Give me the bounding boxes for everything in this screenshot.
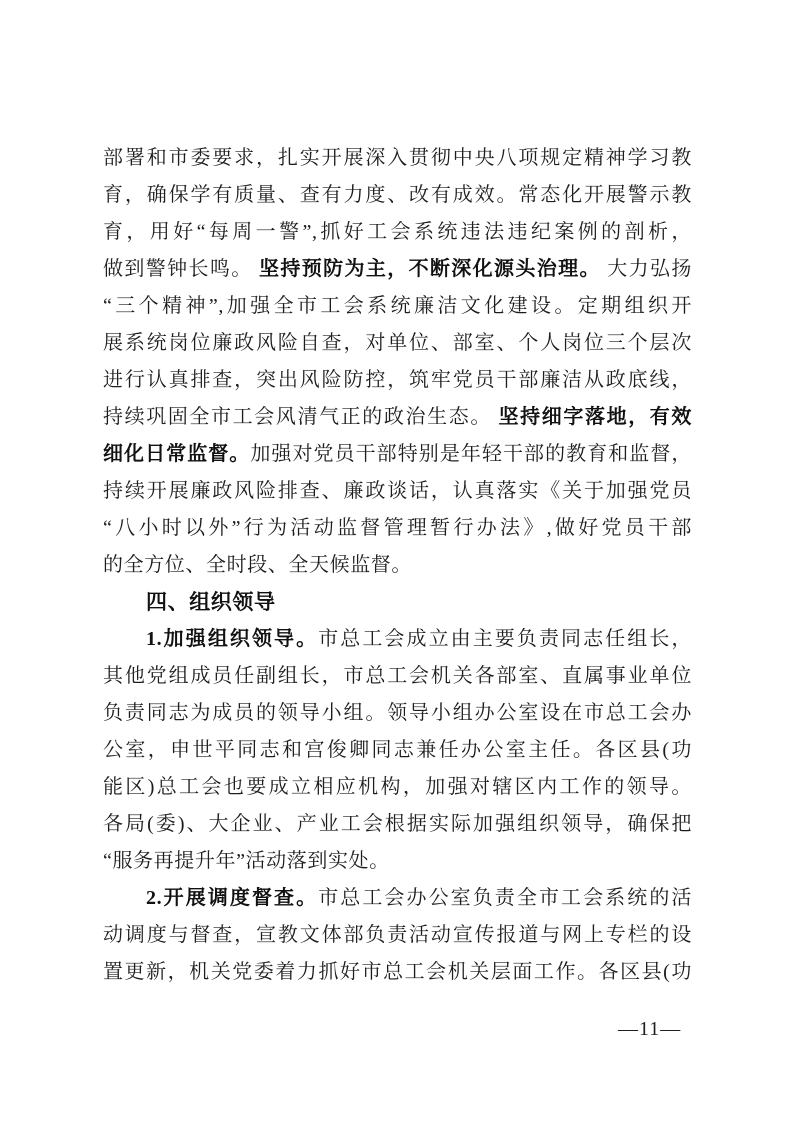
emphasis-text: 坚持细字落地，有效 <box>499 406 692 428</box>
section-heading: 四、组织领导 <box>103 584 692 621</box>
emphasis-text: 2.开展调度督查。 <box>146 887 318 909</box>
document-page: 部署和市委要求，扎实开展深入贯彻中央八项规定精神学习教育，确保学有质量、查有力度… <box>0 0 794 1123</box>
body-text: “三个精神”,加强全市工会系统廉洁文化建设。定期组织开 <box>103 295 692 317</box>
text-line: 的全方位、全时段、全天候监督。 <box>103 547 692 584</box>
emphasis-text: 细化日常监督。 <box>103 443 250 465</box>
body-text: 加强对党员干部特别是年轻干部的教育和监督， <box>250 443 692 465</box>
body-text: 做到警钟长鸣。 <box>103 258 259 280</box>
text-line: 2.开展调度督查。市总工会办公室负责全市工会系统的活 <box>103 880 692 917</box>
body-text: 市总工会成立由主要负责同志任组长， <box>318 628 692 650</box>
text-line: “三个精神”,加强全市工会系统廉洁文化建设。定期组织开 <box>103 288 692 325</box>
text-line: 育，用好“每周一警”,抓好工会系统违法违纪案例的剖析， <box>103 214 692 251</box>
body-text: 公室，申世平同志和宫俊卿同志兼任办公室主任。各区县(功 <box>103 739 692 761</box>
body-text: 持续巩固全市工会风清气正的政治生态。 <box>103 406 499 428</box>
text-line: “服务再提升年”活动落到实处。 <box>103 843 692 880</box>
text-line: 1.加强组织领导。市总工会成立由主要负责同志任组长， <box>103 621 692 658</box>
body-text: “服务再提升年”活动落到实处。 <box>103 850 390 872</box>
body-text: 大力弘扬 <box>601 258 692 280</box>
text-line: “八小时以外”行为活动监督管理暂行办法》,做好党员干部 <box>103 510 692 547</box>
body-text: 育，用好“每周一警”,抓好工会系统违法违纪案例的剖析， <box>103 221 692 243</box>
body-text: 动调度与督查，宣教文体部负责活动宣传报道与网上专栏的设 <box>103 924 692 946</box>
text-line: 育，确保学有质量、查有力度、改有成效。常态化开展警示教 <box>103 177 692 214</box>
body-text: 负责同志为成员的领导小组。领导小组办公室设在市总工会办 <box>103 702 692 724</box>
body-text: 育，确保学有质量、查有力度、改有成效。常态化开展警示教 <box>103 184 692 206</box>
body-text: 置更新，机关党委着力抓好市总工会机关层面工作。各区县(功 <box>103 961 692 983</box>
text-line: 持续巩固全市工会风清气正的政治生态。 坚持细字落地，有效 <box>103 399 692 436</box>
document-body: 部署和市委要求，扎实开展深入贯彻中央八项规定精神学习教育，确保学有质量、查有力度… <box>103 140 692 991</box>
text-line: 置更新，机关党委着力抓好市总工会机关层面工作。各区县(功 <box>103 954 692 991</box>
body-text: 的全方位、全时段、全天候监督。 <box>103 554 412 576</box>
body-text: 部署和市委要求，扎实开展深入贯彻中央八项规定精神学习教 <box>103 147 692 169</box>
page-number: —11— <box>618 1018 681 1041</box>
text-line: 能区)总工会也要成立相应机构，加强对辖区内工作的领导。 <box>103 769 692 806</box>
body-text: 进行认真排查，突出风险防控，筑牢党员干部廉洁从政底线， <box>103 369 692 391</box>
body-text: 能区)总工会也要成立相应机构，加强对辖区内工作的领导。 <box>103 776 692 798</box>
text-line: 动调度与督查，宣教文体部负责活动宣传报道与网上专栏的设 <box>103 917 692 954</box>
text-line: 部署和市委要求，扎实开展深入贯彻中央八项规定精神学习教 <box>103 140 692 177</box>
text-line: 各局(委)、大企业、产业工会根据实际加强组织领导，确保把 <box>103 806 692 843</box>
body-text: 市总工会办公室负责全市工会系统的活 <box>318 887 692 909</box>
text-line: 持续开展廉政风险排查、廉政谈话，认真落实《关于加强党员 <box>103 473 692 510</box>
body-text: “八小时以外”行为活动监督管理暂行办法》,做好党员干部 <box>103 517 692 539</box>
body-text: 各局(委)、大企业、产业工会根据实际加强组织领导，确保把 <box>103 813 692 835</box>
text-line: 其他党组成员任副组长，市总工会机关各部室、直属事业单位 <box>103 658 692 695</box>
body-text: 展系统岗位廉政风险自查，对单位、部室、个人岗位三个层次 <box>103 332 692 354</box>
text-line: 细化日常监督。加强对党员干部特别是年轻干部的教育和监督， <box>103 436 692 473</box>
text-line: 公室，申世平同志和宫俊卿同志兼任办公室主任。各区县(功 <box>103 732 692 769</box>
text-line: 展系统岗位廉政风险自查，对单位、部室、个人岗位三个层次 <box>103 325 692 362</box>
body-text: 持续开展廉政风险排查、廉政谈话，认真落实《关于加强党员 <box>103 480 692 502</box>
emphasis-text: 四、组织领导 <box>146 591 276 614</box>
text-line: 进行认真排查，突出风险防控，筑牢党员干部廉洁从政底线， <box>103 362 692 399</box>
text-line: 做到警钟长鸣。 坚持预防为主，不断深化源头治理。 大力弘扬 <box>103 251 692 288</box>
body-text: 其他党组成员任副组长，市总工会机关各部室、直属事业单位 <box>103 665 692 687</box>
text-line: 负责同志为成员的领导小组。领导小组办公室设在市总工会办 <box>103 695 692 732</box>
emphasis-text: 1.加强组织领导。 <box>146 628 318 650</box>
emphasis-text: 坚持预防为主，不断深化源头治理。 <box>259 258 601 280</box>
